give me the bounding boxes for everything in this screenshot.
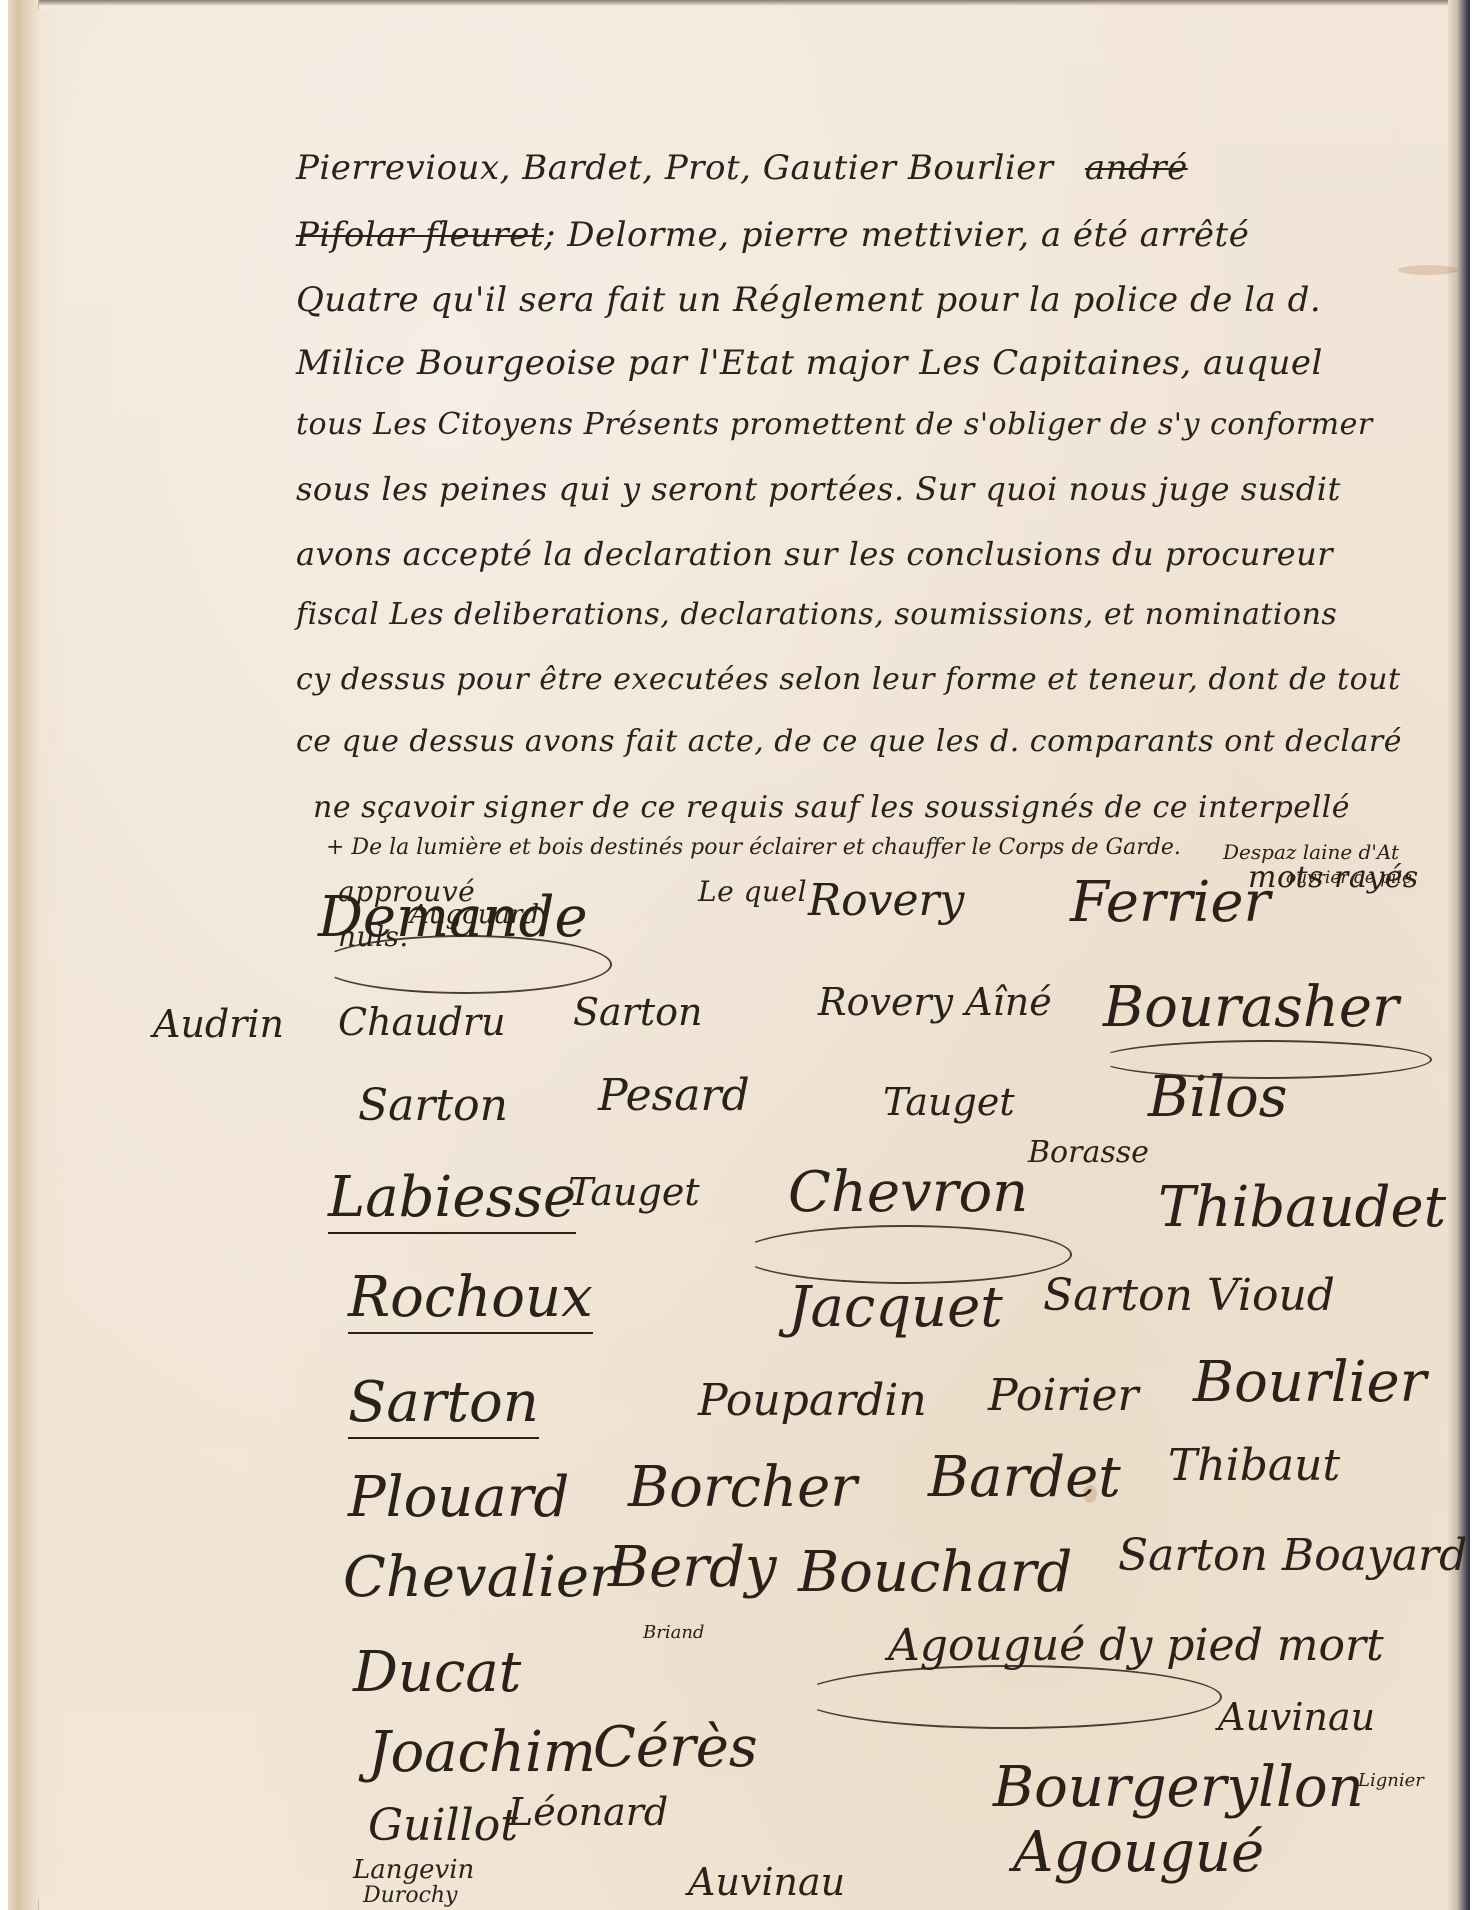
signature: Poupardin (698, 1375, 927, 1426)
margin-signature: Audrin (153, 1002, 284, 1046)
binding-edge (1448, 0, 1470, 1910)
signature: Thibaudet (1158, 1175, 1446, 1240)
body-line-3: Quatre qu'il sera fait un Réglement pour… (296, 280, 1321, 320)
signature: Rovery (808, 875, 964, 926)
signature: Augouard (410, 900, 539, 930)
corner-note-line1: Despaz laine d'At (1223, 840, 1399, 864)
torn-left-edge (8, 0, 39, 1910)
body-line-7: avons accepté la declaration sur les con… (296, 535, 1333, 573)
signature: Sarton (348, 1370, 539, 1439)
signature: Pesard (598, 1070, 750, 1121)
body-line-9: cy dessus pour être executées selon leur… (296, 662, 1401, 697)
corner-note-line2: ouvrier de pile (1286, 868, 1412, 888)
signature: Labiesse (328, 1165, 576, 1234)
signature: Poirier (988, 1370, 1139, 1421)
paper-fold (38, 10, 66, 1900)
signature: Chevron (788, 1160, 1028, 1225)
body-line-4: Milice Bourgeoise par l'Etat major Les C… (296, 343, 1323, 383)
signature: Bourasher (1103, 975, 1399, 1040)
body-line-11: ne sçavoir signer de ce requis sauf les … (313, 790, 1350, 825)
manuscript-page: Pierrevioux, Bardet, Prot, Gautier Bourl… (8, 0, 1470, 1910)
signature: Chaudru (338, 1000, 506, 1044)
signature: Thibaut (1168, 1440, 1340, 1491)
signature: Jacquet (788, 1275, 1003, 1340)
body-line-1: Pierrevioux, Bardet, Prot, Gautier Bourl… (296, 148, 1188, 188)
signature: Cérès (593, 1715, 758, 1780)
signature: Langevin (353, 1855, 474, 1885)
body-line-5: tous Les Citoyens Présents promettent de… (296, 407, 1373, 442)
body-line-6: sous les peines qui y seront portées. Su… (296, 470, 1341, 508)
signature: Bourlier (1193, 1350, 1426, 1415)
body-line-10: ce que dessus avons fait acte, de ce que… (296, 724, 1402, 759)
signature: Agougué dy pied mort (888, 1620, 1384, 1671)
signature: Sarton (358, 1080, 508, 1131)
signature: Chevalier (343, 1545, 616, 1610)
signature: Ducat (353, 1640, 521, 1705)
signature: Borcher (628, 1455, 857, 1520)
signature: Auvinau (1218, 1695, 1375, 1739)
signature: Auvinau (688, 1860, 845, 1904)
signature: Tauget (568, 1170, 700, 1214)
signature: Lignier (1358, 1770, 1424, 1791)
signature: Agougué (1013, 1820, 1264, 1885)
marginal-insertion: + De la lumière et bois destinés pour éc… (326, 835, 1181, 860)
body-line-2: Pifolar fleuret; Delorme, pierre mettivi… (296, 215, 1249, 255)
signature: Borasse (1028, 1135, 1149, 1170)
signature: Tauget (883, 1080, 1015, 1124)
body-line-8: fiscal Les deliberations, declarations, … (296, 597, 1337, 632)
signature: Briand (643, 1622, 704, 1643)
signature: Durochy (363, 1883, 458, 1908)
signature: Joachim (368, 1720, 596, 1785)
signature: Bourgeryllon (993, 1755, 1364, 1820)
signature: Plouard (348, 1465, 569, 1530)
signature: Bouchard (798, 1540, 1072, 1605)
ink-stain (1398, 265, 1458, 275)
signature: Ferrier (1070, 870, 1270, 935)
signature: Guillot (368, 1800, 518, 1851)
signature: Sarton Boayard (1118, 1530, 1467, 1581)
approval-lequel: Le quel (698, 875, 807, 908)
signature: Bilos (1148, 1065, 1287, 1130)
scan-top-shadow (8, 0, 1470, 6)
signature: Rochoux (348, 1265, 593, 1334)
signature-flourish (318, 935, 612, 994)
signature: Sarton Vioud (1043, 1270, 1335, 1321)
signature: Sarton (573, 990, 702, 1034)
signature: Berdy (608, 1535, 777, 1600)
signature: Rovery Aîné (818, 980, 1052, 1024)
signature-flourish (798, 1665, 1222, 1729)
signature: Léonard (508, 1790, 668, 1834)
signature: Bardet (928, 1445, 1121, 1510)
